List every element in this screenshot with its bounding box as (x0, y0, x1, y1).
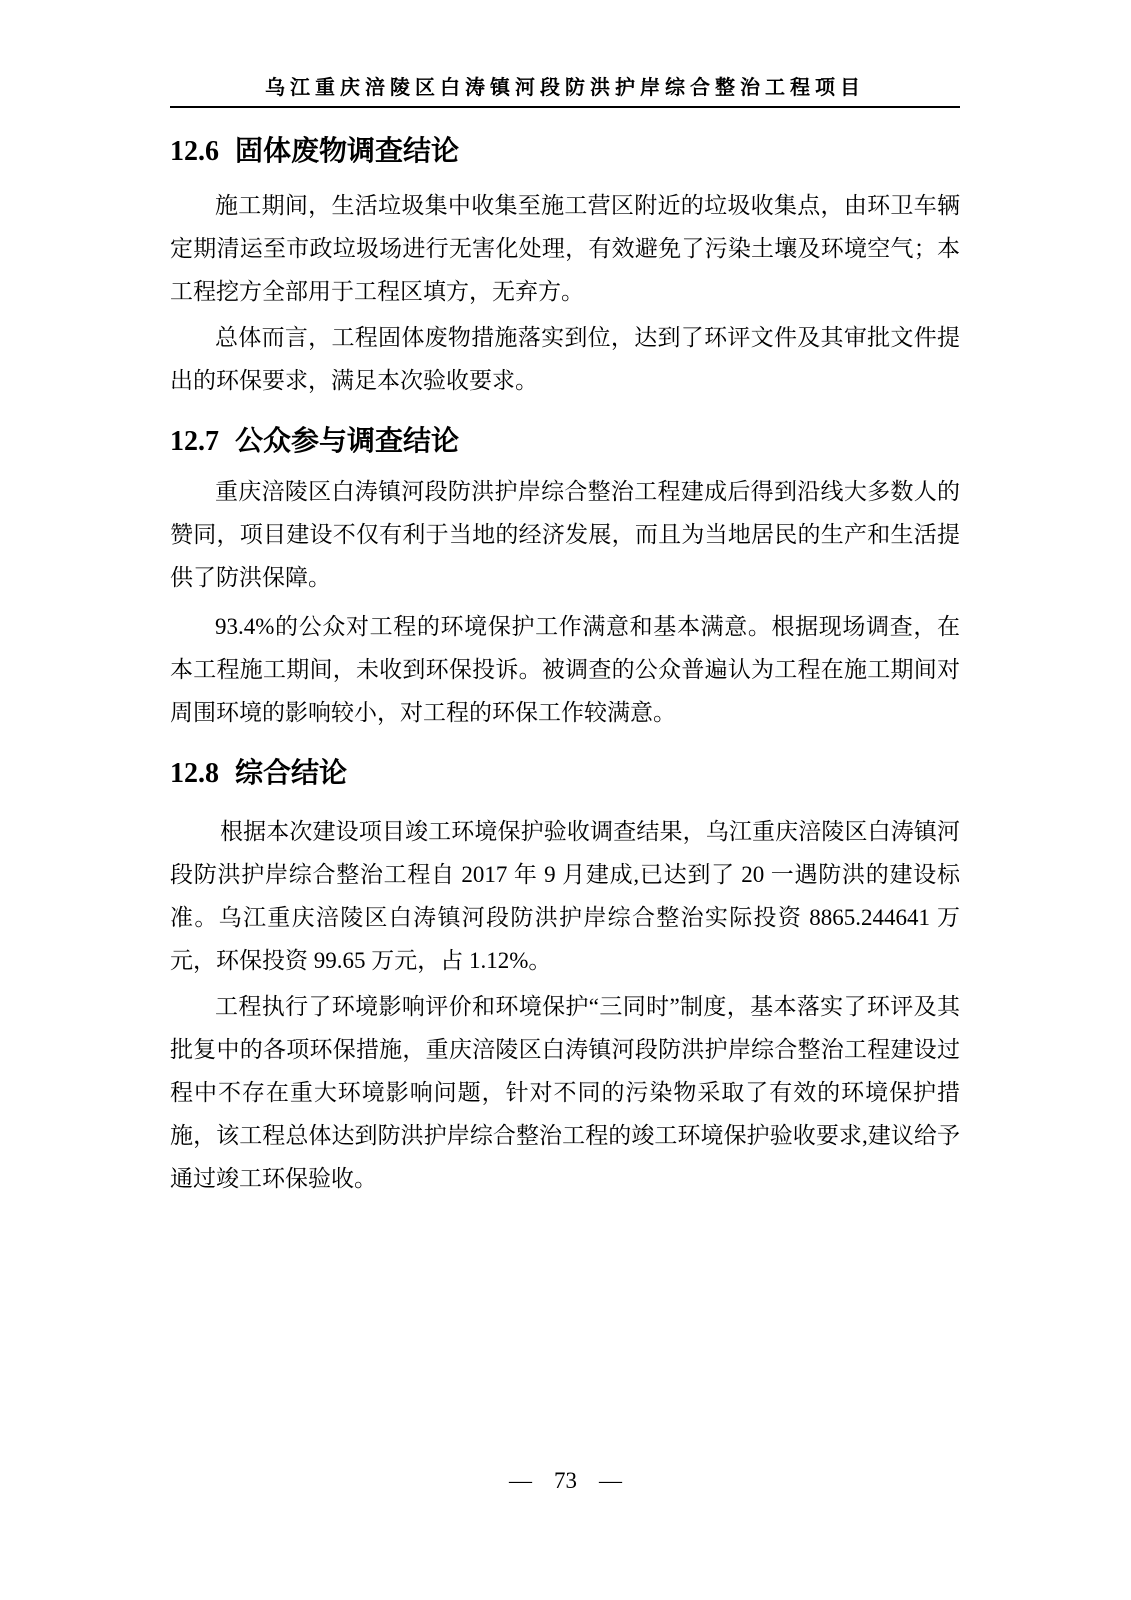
paragraph: 总体而言，工程固体废物措施落实到位，达到了环评文件及其审批文件提出的环保要求，满… (170, 316, 960, 402)
section-heading-12-7: 12.7公众参与调查结论 (170, 424, 960, 460)
page-footer: — 73 — (0, 1466, 1131, 1496)
section-title: 公众参与调查结论 (235, 426, 459, 457)
section-number: 12.6 (170, 136, 219, 167)
section-title: 综合结论 (235, 758, 347, 789)
document-page: 乌江重庆涪陵区白涛镇河段防洪护岸综合整治工程项目 12.6固体废物调查结论 施工… (0, 0, 1131, 1600)
footer-dash-left: — (509, 1466, 532, 1496)
section-title: 固体废物调查结论 (235, 136, 459, 167)
paragraph: 重庆涪陵区白涛镇河段防洪护岸综合整治工程建成后得到沿线大多数人的赞同，项目建设不… (170, 470, 960, 599)
section-heading-12-8: 12.8综合结论 (170, 756, 960, 792)
section-heading-12-6: 12.6固体废物调查结论 (170, 134, 960, 170)
section-number: 12.8 (170, 758, 219, 789)
paragraph: 工程执行了环境影响评价和环境保护“三同时”制度，基本落实了环评及其批复中的各项环… (170, 985, 960, 1200)
document-body: 12.6固体废物调查结论 施工期间，生活垃圾集中收集至施工营区附近的垃圾收集点，… (170, 0, 960, 1200)
paragraph: 93.4%的公众对工程的环境保护工作满意和基本满意。根据现场调查，在本工程施工期… (170, 605, 960, 734)
paragraph: 根据本次建设项目竣工环境保护验收调查结果，乌江重庆涪陵区白涛镇河段防洪护岸综合整… (170, 810, 960, 982)
paragraph: 施工期间，生活垃圾集中收集至施工营区附近的垃圾收集点，由环卫车辆定期清运至市政垃… (170, 184, 960, 313)
footer-dash-right: — (599, 1466, 622, 1496)
page-number: 73 (554, 1466, 577, 1496)
section-number: 12.7 (170, 426, 219, 457)
